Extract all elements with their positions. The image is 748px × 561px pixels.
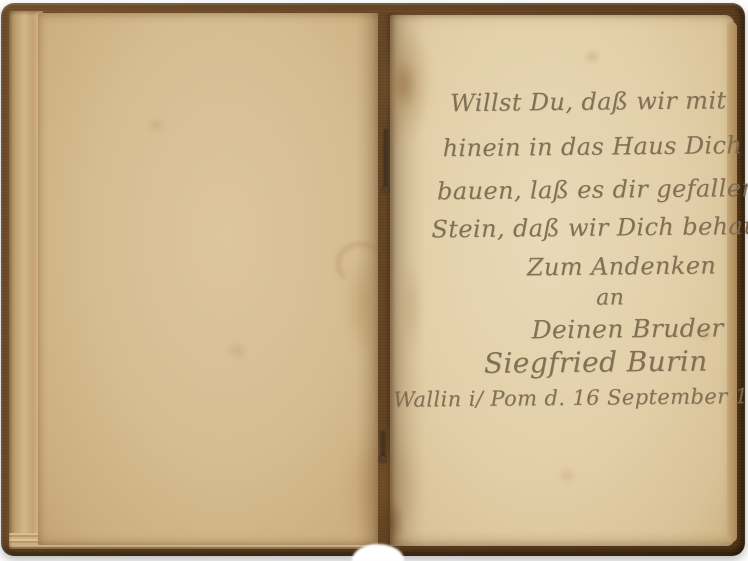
- photo-background: Willst Du, daß wir mit hinein in das Hau…: [0, 0, 748, 561]
- binding-stitch-knot: [382, 186, 389, 193]
- right-inscription-page: [390, 15, 734, 546]
- binding-stitch-knot: [379, 456, 386, 463]
- left-blank-page: [38, 13, 378, 545]
- binding-stitch-top: [384, 129, 387, 189]
- gutter-crease: [387, 14, 389, 545]
- right-page-edge: [727, 22, 737, 542]
